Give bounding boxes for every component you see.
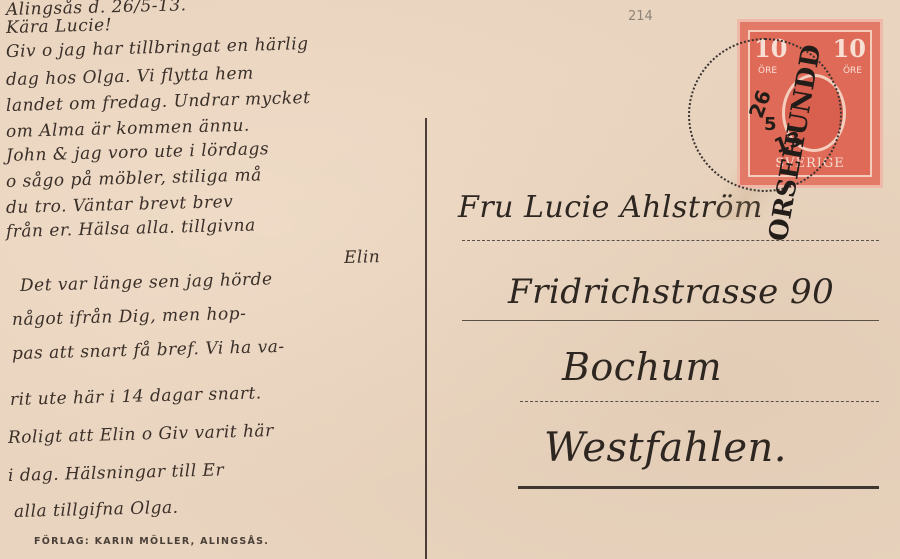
address-region: Westfahlen.	[544, 425, 787, 471]
message-line: du tro. Väntar brevt brev	[6, 192, 234, 218]
publisher-imprint: FÖRLAG: KARIN MÖLLER, ALINGSÅS.	[34, 536, 269, 547]
message-line: John & jag voro ute i lördags	[6, 139, 270, 166]
message-line: dag hos Olga. Vi flytta hem	[6, 64, 254, 90]
message-line: o sågo på möbler, stiliga må	[6, 165, 262, 192]
postmark-cancel: ORSEHUNDD 26 5 13	[688, 38, 842, 192]
address-city: Bochum	[562, 345, 722, 389]
signature-elin: Elin	[344, 247, 381, 268]
message-line: Det var länge sen jag hörde	[20, 269, 273, 296]
address-rule	[520, 401, 879, 402]
center-divider	[425, 118, 427, 559]
signature-olga: alla tillgifna Olga.	[14, 498, 179, 522]
pencil-inventory-number: 214	[628, 9, 653, 24]
stamp-value-right: 10	[833, 34, 866, 63]
message-line: något ifrån Dig, men hop-	[12, 304, 247, 330]
message-line: i dag. Hälsningar till Er	[8, 460, 225, 486]
address-rule-double	[518, 486, 879, 489]
message-line: landet om fredag. Undrar mycket	[6, 88, 311, 116]
message-line: från er. Hälsa alla. tillgivna	[6, 215, 256, 242]
postcard-back: 214 Alingsås d. 26/5-13. Kära Lucie! Giv…	[0, 0, 900, 559]
postmark-month: 5	[764, 114, 777, 135]
message-line: Giv o jag har tillbringat en härlig	[6, 34, 309, 62]
message-line: pas att snart få bref. Vi ha va-	[12, 337, 285, 364]
address-street: Fridrichstrasse 90	[508, 272, 834, 312]
message-line: rit ute här i 14 dagar snart.	[10, 383, 262, 410]
message-line: om Alma är kommen ännu.	[6, 116, 250, 142]
address-rule	[462, 320, 879, 321]
message-line: Roligt att Elin o Giv varit här	[8, 421, 274, 448]
message-line: Kära Lucie!	[6, 15, 113, 38]
stamp-denomination-right: ÖRE	[843, 66, 862, 76]
address-rule	[462, 240, 879, 241]
